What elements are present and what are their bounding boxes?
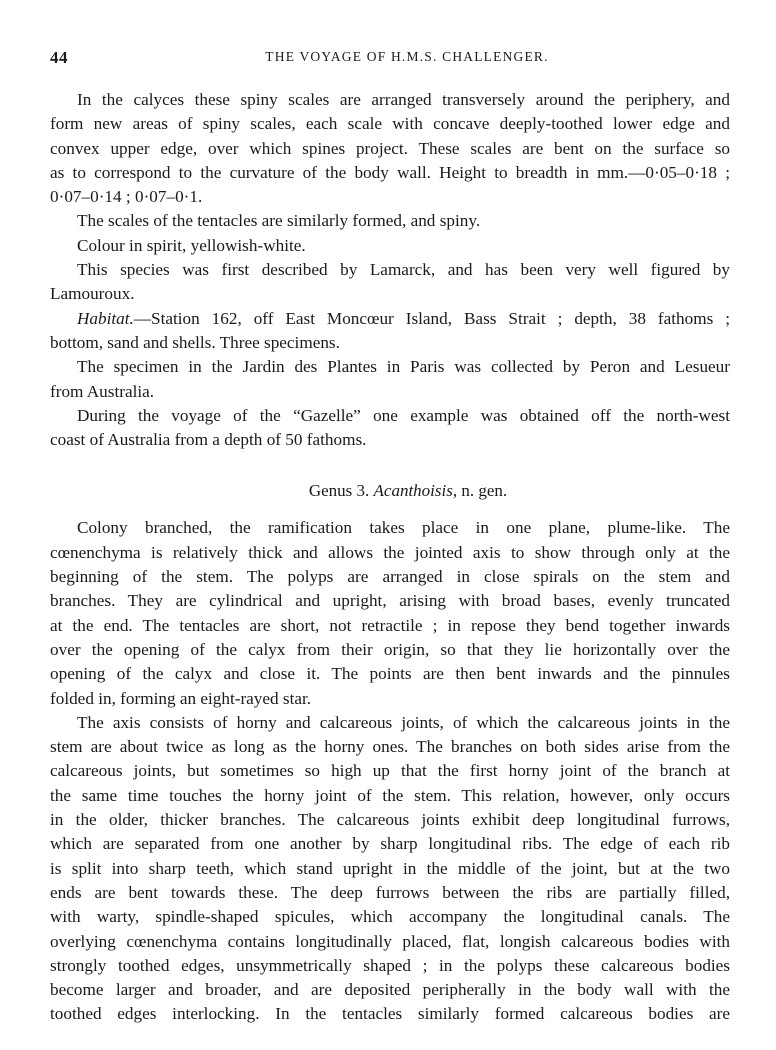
text-line: coast of Australia from a depth of 50 fa… (50, 428, 730, 452)
text-line: beginning of the stem. The polyps are ar… (50, 565, 730, 589)
text-line: convex upper edge, over which spines pro… (50, 137, 730, 161)
running-head: 44 THE VOYAGE OF H.M.S. CHALLENGER. (50, 48, 728, 70)
text-line: from Australia. (50, 380, 730, 404)
text-line: strongly toothed edges, unsymmetrically … (50, 954, 730, 978)
text-line: The axis consists of horny and calcareou… (50, 711, 730, 735)
genus-suffix: , n. gen. (453, 481, 507, 500)
body-text: In the calyces these spiny scales are ar… (50, 88, 730, 1027)
text-line: which are separated from one another by … (50, 832, 730, 856)
text-line: folded in, forming an eight-rayed star. (50, 687, 730, 711)
text-line: This species was first described by Lama… (50, 258, 730, 282)
text-line: The scales of the tentacles are similarl… (50, 209, 730, 233)
text-line: opening of the calyx and close it. The p… (50, 662, 730, 686)
text-line: In the calyces these spiny scales are ar… (50, 88, 730, 112)
text-line: become larger and broader, and are depos… (50, 978, 730, 1002)
paragraph-jardin-des-plantes: The specimen in the Jardin des Plantes i… (50, 355, 730, 404)
genus-heading: Genus 3. Acanthoisis, n. gen. (50, 479, 730, 503)
text-line: 0·07–0·14 ; 0·07–0·1. (50, 185, 730, 209)
section-gap (50, 452, 730, 479)
text-line: bottom, sand and shells. Three specimens… (50, 331, 730, 355)
text-line: Habitat.—Station 162, off East Moncœur I… (50, 307, 730, 331)
text-line: as to correspond to the curvature of the… (50, 161, 730, 185)
paragraph-colour: Colour in spirit, yellowish-white. (50, 234, 730, 258)
habitat-label: Habitat. (77, 309, 134, 328)
paragraph-calyces-scales: In the calyces these spiny scales are ar… (50, 88, 730, 209)
document-page: 44 THE VOYAGE OF H.M.S. CHALLENGER. In t… (0, 0, 776, 1050)
text-line: Colony branched, the ramification takes … (50, 516, 730, 540)
habitat-text: —Station 162, off East Moncœur Island, B… (134, 309, 730, 328)
text-line: form new areas of spiny scales, each sca… (50, 112, 730, 136)
paragraph-habitat: Habitat.—Station 162, off East Moncœur I… (50, 307, 730, 356)
text-line: The specimen in the Jardin des Plantes i… (50, 355, 730, 379)
text-line: at the end. The tentacles are short, not… (50, 614, 730, 638)
text-line: cœnenchyma is relatively thick and allow… (50, 541, 730, 565)
text-line: toothed edges interlocking. In the tenta… (50, 1002, 730, 1026)
text-line: is split into sharp teeth, which stand u… (50, 857, 730, 881)
text-line: stem are about twice as long as the horn… (50, 735, 730, 759)
paragraph-colony-description: Colony branched, the ramification takes … (50, 516, 730, 710)
text-line: over the opening of the calyx from their… (50, 638, 730, 662)
genus-name: Acanthoisis (374, 481, 453, 500)
text-line: ends are bent towards these. The deep fu… (50, 881, 730, 905)
text-line: in the older, thicker branches. The calc… (50, 808, 730, 832)
paragraph-described-by: This species was first described by Lama… (50, 258, 730, 307)
text-line: branches. They are cylindrical and uprig… (50, 589, 730, 613)
running-title: THE VOYAGE OF H.M.S. CHALLENGER. (50, 49, 728, 65)
text-line: with warty, spindle-shaped spicules, whi… (50, 905, 730, 929)
text-line: the same time touches the horny joint of… (50, 784, 730, 808)
text-line: Colour in spirit, yellowish-white. (50, 234, 730, 258)
text-line: calcareous joints, but sometimes so high… (50, 759, 730, 783)
text-line: Lamouroux. (50, 282, 730, 306)
text-line: During the voyage of the “Gazelle” one e… (50, 404, 730, 428)
genus-prefix: Genus 3. (309, 481, 374, 500)
paragraph-gazelle-voyage: During the voyage of the “Gazelle” one e… (50, 404, 730, 453)
paragraph-axis-description: The axis consists of horny and calcareou… (50, 711, 730, 1027)
text-line: overlying cœnenchyma contains longitudin… (50, 930, 730, 954)
paragraph-tentacle-scales: The scales of the tentacles are similarl… (50, 209, 730, 233)
